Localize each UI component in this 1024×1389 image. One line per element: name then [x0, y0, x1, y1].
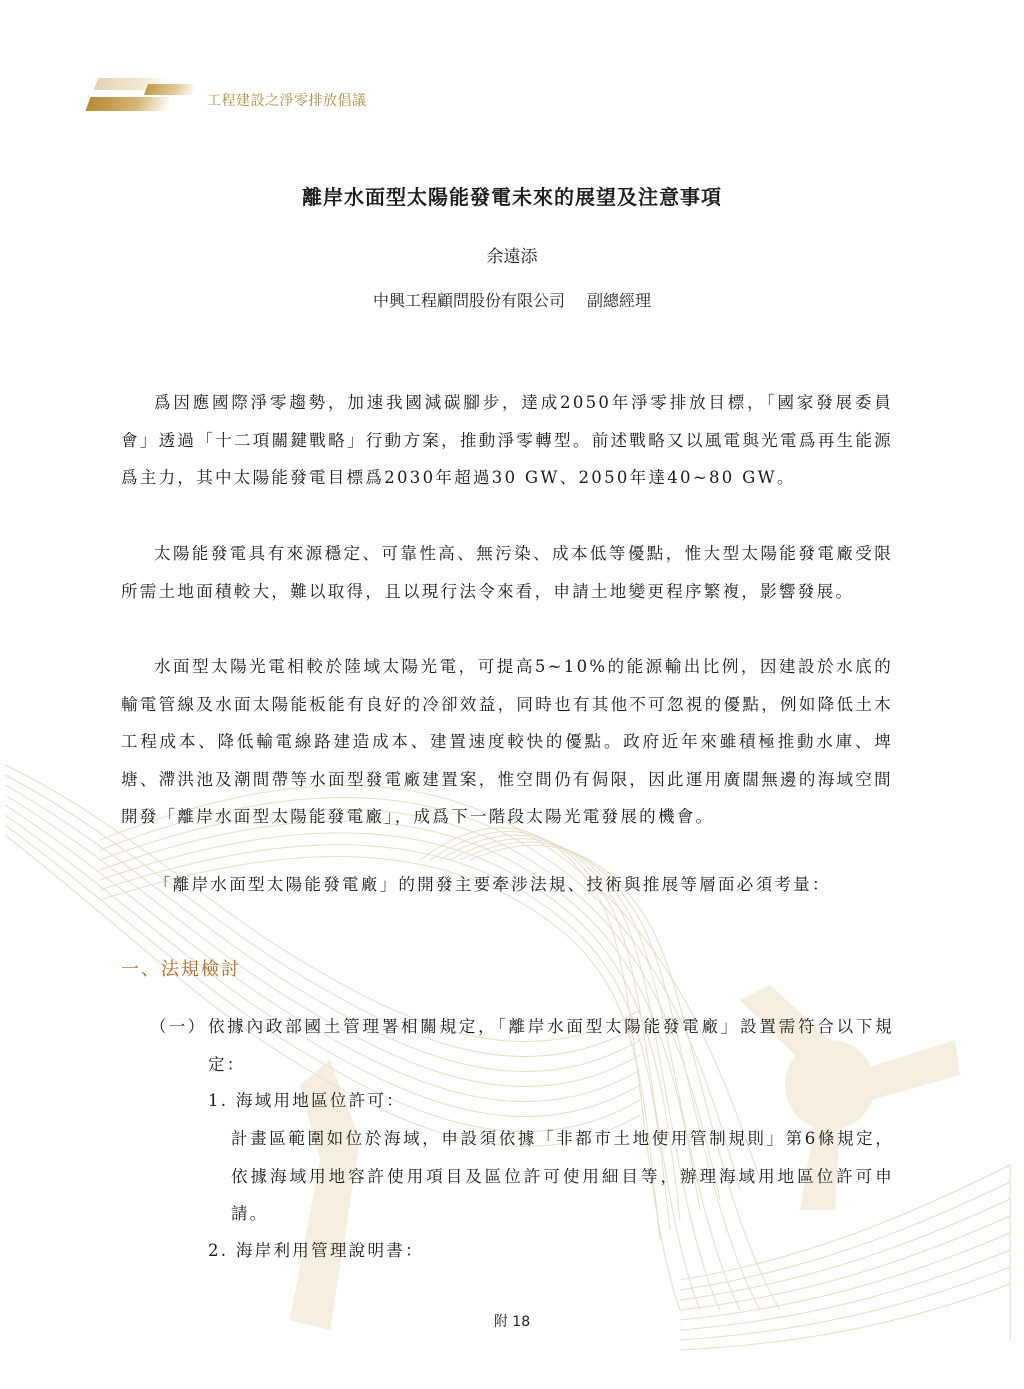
paragraph-text: 太陽能發電具有來源穩定、可靠性高、無污染、成本低等優點，惟大型太陽能發電廠受限所…: [121, 535, 893, 610]
document-page: 工程建設之淨零排放倡議 離岸水面型太陽能發電未來的展望及注意事項 余遠添 中興工…: [0, 0, 1024, 1389]
subsection-1: （一） 依據內政部國土管理署相關規定，「離岸水面型太陽能發電廠」設置需符合以下規…: [150, 1008, 894, 1083]
article-title: 離岸水面型太陽能發電未來的展望及注意事項: [0, 181, 1024, 210]
list-item-label: 2. 海岸利用管理說明書：: [208, 1232, 894, 1270]
author-name: 余遠添: [0, 242, 1024, 267]
list-item-body: 計畫區範圍如位於海域，申設須依據「非都市土地使用管制規則」第6條規定，依據海域用…: [231, 1120, 894, 1233]
running-header: 工程建設之淨零排放倡議: [207, 90, 367, 110]
affiliation-company: 中興工程顧問股份有限公司: [373, 291, 565, 310]
subsection-marker: （一）: [150, 1008, 206, 1046]
paragraph-text: 「離岸水面型太陽能發電廠」的開發主要牽涉法規、技術與推展等層面必須考量：: [121, 866, 893, 904]
paragraph-2: 太陽能發電具有來源穩定、可靠性高、無污染、成本低等優點，惟大型太陽能發電廠受限所…: [121, 535, 893, 610]
paragraph-3: 水面型太陽光電相較於陸域太陽光電，可提高5~10%的能源輸出比例，因建設於水底的…: [121, 648, 893, 836]
paragraph-1: 爲因應國際淨零趨勢，加速我國減碳腳步，達成2050年淨零排放目標，「國家發展委員…: [121, 384, 893, 497]
paragraph-text: 爲因應國際淨零趨勢，加速我國減碳腳步，達成2050年淨零排放目標，「國家發展委員…: [121, 384, 893, 497]
page-number: 附 18: [0, 1311, 1024, 1331]
list-item-label: 1. 海域用地區位許可：: [208, 1082, 894, 1120]
paragraph-4: 「離岸水面型太陽能發電廠」的開發主要牽涉法規、技術與推展等層面必須考量：: [121, 866, 893, 904]
author-affiliation: 中興工程顧問股份有限公司副總經理: [0, 288, 1024, 311]
paragraph-text: 水面型太陽光電相較於陸域太陽光電，可提高5~10%的能源輸出比例，因建設於水底的…: [121, 648, 893, 836]
affiliation-position: 副總經理: [587, 291, 651, 310]
header-logo-icon: [88, 78, 198, 112]
section-heading: 一、法規檢討: [121, 955, 241, 981]
subsection-text: 依據內政部國土管理署相關規定，「離岸水面型太陽能發電廠」設置需符合以下規定：: [208, 1008, 894, 1083]
